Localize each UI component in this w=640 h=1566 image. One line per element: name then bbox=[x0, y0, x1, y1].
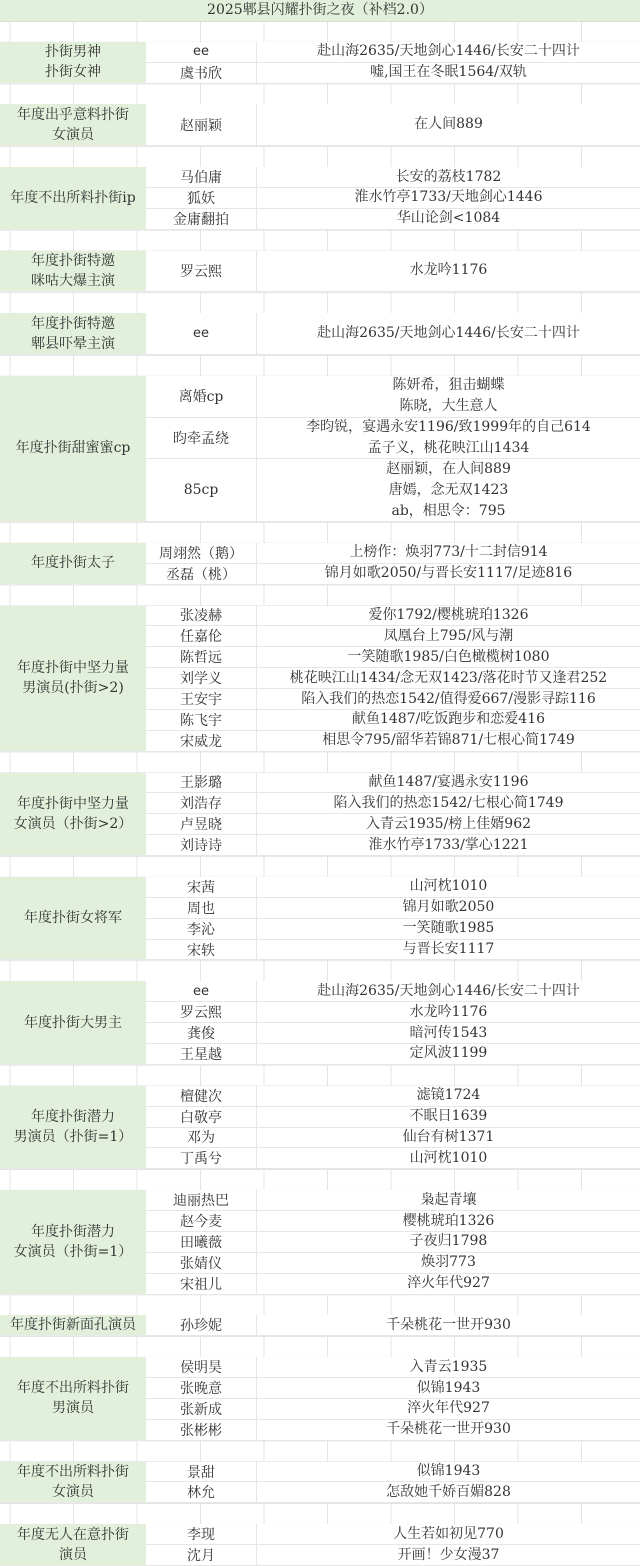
work-line: 相思令795/韶华若锦871/七根心简1749 bbox=[322, 730, 575, 751]
award-category-label: 年度扑街中坚力量 女演员（扑街>2） bbox=[14, 794, 133, 834]
nominee-name-cell[interactable]: 景甜 bbox=[146, 1462, 257, 1482]
award-section: 年度扑街潜力 女演员（扑街=1）迪丽热巴枭起青壤赵今麦樱桃琥珀1326田曦薇子夜… bbox=[0, 1190, 640, 1294]
award-section: 年度扑街新面孔演员孙珍妮千朵桃花一世开930 bbox=[0, 1315, 640, 1336]
nominee-name-cell[interactable]: 孙珍妮 bbox=[146, 1315, 257, 1335]
award-category-label: 年度出乎意料扑街 女演员 bbox=[17, 105, 129, 145]
table-row: 马伯庸长安的荔枝1782 bbox=[146, 167, 640, 188]
nominee-name-cell[interactable]: 刘诗诗 bbox=[146, 835, 257, 855]
works-cell[interactable]: 献鱼1487/吃饭跑步和恋爱416 bbox=[257, 710, 640, 730]
work-line: 开画！少女漫37 bbox=[398, 1545, 500, 1566]
nominee-name-cell[interactable]: 任嘉伦 bbox=[146, 626, 257, 646]
award-category-cell[interactable]: 年度扑街潜力 男演员（扑街=1） bbox=[0, 1086, 146, 1170]
work-line: 陈晓，大生意人 bbox=[400, 396, 498, 417]
works-cell[interactable]: 人生若如初见770 bbox=[257, 1524, 640, 1544]
works-cell[interactable]: 锦月如歌2050 bbox=[257, 898, 640, 918]
work-line: 赴山海2635/天地剑心1446/长安二十四计 bbox=[317, 41, 580, 62]
nominee-name-cell[interactable]: 刘浩存 bbox=[146, 793, 257, 813]
nominee-rows: 周翊然（鹅）上榜作：焕羽773/十二封信914丞磊（桃）锦月如歌2050/与晋长… bbox=[146, 543, 640, 585]
nominee-name-cell[interactable]: 宋威龙 bbox=[146, 731, 257, 751]
nominee-name-cell[interactable]: 刘学义 bbox=[146, 668, 257, 688]
works-cell[interactable]: 赴山海2635/天地剑心1446/长安二十四计 bbox=[257, 42, 640, 62]
work-line: 赴山海2635/天地剑心1446/长安二十四计 bbox=[317, 981, 580, 1002]
work-line: 孟子义，桃花映江山1434 bbox=[368, 438, 530, 459]
works-cell[interactable]: 淬火年代927 bbox=[257, 1274, 640, 1294]
work-line: 陷入我们的热恋1542/值得爱667/漫影寻踪116 bbox=[301, 689, 596, 710]
nominee-name-cell[interactable]: 赵今麦 bbox=[146, 1211, 257, 1231]
work-line: 爱你1792/樱桃琥珀1326 bbox=[369, 605, 529, 626]
works-cell[interactable]: 山河枕1010 bbox=[257, 877, 640, 897]
table-row: 刘浩存陷入我们的热恋1542/七根心简1749 bbox=[146, 793, 640, 814]
works-cell[interactable]: 桃花映江山1434/念无双1423/落花时节又逢君252 bbox=[257, 668, 640, 688]
table-row: 周翊然（鹅）上榜作：焕羽773/十二封信914 bbox=[146, 543, 640, 564]
nominee-rows: 离婚cp陈妍希，狙击蝴蝶陈晓，大生意人昀牵孟绕李昀锐，宴遇永安1196/致199… bbox=[146, 376, 640, 522]
award-category-label: 年度扑街潜力 女演员（扑街=1） bbox=[14, 1222, 133, 1262]
award-section: 年度不出所料扑街ip马伯庸长安的荔枝1782狐妖淮水竹亭1733/天地剑心144… bbox=[0, 167, 640, 230]
work-line: 淬火年代927 bbox=[407, 1273, 490, 1294]
award-category-label: 年度扑街潜力 男演员（扑街=1） bbox=[14, 1107, 133, 1147]
table-row: 宋威龙相思令795/韶华若锦871/七根心简1749 bbox=[146, 731, 640, 752]
award-category-cell[interactable]: 年度无人在意扑街 演员 bbox=[0, 1524, 146, 1566]
nominee-rows: 迪丽热巴枭起青壤赵今麦樱桃琥珀1326田曦薇子夜归1798张婧仪焕羽773宋祖儿… bbox=[146, 1190, 640, 1294]
work-line: 淮水竹亭1733/掌心1221 bbox=[369, 835, 529, 856]
table-row: 85cp赵丽颖，在人间889唐嫣，念无双1423ab，相思令：795 bbox=[146, 459, 640, 522]
award-category-cell[interactable]: 年度扑街特邀 咪咕大爆主演 bbox=[0, 251, 146, 293]
award-category-cell[interactable]: 年度不出所料扑街 男演员 bbox=[0, 1357, 146, 1441]
work-line: 入青云1935 bbox=[410, 1357, 488, 1378]
work-line: 似锦1943 bbox=[417, 1378, 481, 1399]
work-line: 樱桃琥珀1326 bbox=[403, 1211, 495, 1232]
award-category-label: 年度无人在意扑街 演员 bbox=[17, 1525, 129, 1565]
table-row: ee赴山海2635/天地剑心1446/长安二十四计 bbox=[146, 42, 640, 63]
table-row: 景甜似锦1943 bbox=[146, 1462, 640, 1483]
nominee-rows: ee赴山海2635/天地剑心1446/长安二十四计虞书欣嘘,国王在冬眠1564/… bbox=[146, 42, 640, 84]
works-cell[interactable]: 李昀锐，宴遇永安1196/致1999年的自己614孟子义，桃花映江山1434 bbox=[257, 418, 640, 459]
table-row: 白敬亭不眠日1639 bbox=[146, 1107, 640, 1128]
work-line: 山河枕1010 bbox=[410, 876, 488, 897]
award-category-label: 年度不出所料扑街ip bbox=[10, 188, 135, 208]
award-section: 年度扑街女将军宋茜山河枕1010周也锦月如歌2050李沁一笑随歌1985宋轶与晋… bbox=[0, 877, 640, 961]
works-cell[interactable]: 千朵桃花一世开930 bbox=[257, 1315, 640, 1335]
works-cell[interactable]: 一笑随歌1985/白色橄榄树1080 bbox=[257, 647, 640, 667]
work-line: 桃花映江山1434/念无双1423/落花时节又逢君252 bbox=[290, 668, 607, 689]
nominee-name-cell[interactable]: ee bbox=[146, 981, 257, 1001]
work-line: 淮水竹亭1733/天地剑心1446 bbox=[355, 187, 543, 208]
work-line: 焕羽773 bbox=[421, 1252, 476, 1273]
works-cell[interactable]: 怎敌她千娇百媚828 bbox=[257, 1482, 640, 1502]
work-line: 似锦1943 bbox=[417, 1461, 481, 1482]
nominee-rows: ee赴山海2635/天地剑心1446/长安二十四计 bbox=[146, 313, 640, 355]
table-row: 罗云熙水龙吟1176 bbox=[146, 251, 640, 293]
nominee-name-cell[interactable]: 陈飞宇 bbox=[146, 710, 257, 730]
work-line: 与晋长安1117 bbox=[403, 939, 495, 960]
nominee-name-cell[interactable]: 周也 bbox=[146, 898, 257, 918]
work-line: 陷入我们的热恋1542/七根心简1749 bbox=[334, 793, 564, 814]
table-row: 林允怎敌她千娇百媚828 bbox=[146, 1482, 640, 1503]
table-row: 卢昱晓入青云1935/榜上佳婿962 bbox=[146, 814, 640, 835]
works-cell[interactable]: 樱桃琥珀1326 bbox=[257, 1211, 640, 1231]
work-line: 山河枕1010 bbox=[410, 1148, 488, 1169]
table-row: 王安宇陷入我们的热恋1542/值得爱667/漫影寻踪116 bbox=[146, 689, 640, 710]
nominee-name-cell[interactable]: 张彬彬 bbox=[146, 1420, 257, 1440]
nominee-rows: ee赴山海2635/天地剑心1446/长安二十四计罗云熙水龙吟1176龚俊暗河传… bbox=[146, 981, 640, 1065]
work-line: 凤凰台上795/风与潮 bbox=[384, 626, 513, 647]
nominee-name-cell[interactable]: 迪丽热巴 bbox=[146, 1190, 257, 1210]
works-cell[interactable]: 开画！少女漫37 bbox=[257, 1545, 640, 1565]
nominee-name-cell[interactable]: 侯明昊 bbox=[146, 1357, 257, 1377]
table-row: 田曦薇子夜归1798 bbox=[146, 1232, 640, 1253]
work-line: 赴山海2635/天地剑心1446/长安二十四计 bbox=[317, 323, 580, 344]
award-category-cell[interactable]: 年度扑街新面孔演员 bbox=[0, 1315, 146, 1336]
work-line: 千朵桃花一世开930 bbox=[386, 1419, 511, 1440]
table-row: 王星越定风波1199 bbox=[146, 1044, 640, 1065]
award-category-label: 年度扑街特邀 咪咕大爆主演 bbox=[31, 251, 115, 291]
nominee-name-cell[interactable]: 宋轶 bbox=[146, 940, 257, 960]
works-cell[interactable]: 入青云1935 bbox=[257, 1357, 640, 1377]
work-line: 千朵桃花一世开930 bbox=[386, 1315, 511, 1336]
nominee-rows: 罗云熙水龙吟1176 bbox=[146, 251, 640, 293]
nominee-name-cell[interactable]: 丁禹兮 bbox=[146, 1148, 257, 1168]
award-category-cell[interactable]: 年度扑街潜力 女演员（扑街=1） bbox=[0, 1190, 146, 1294]
work-line: 献鱼1487/宴遇永安1196 bbox=[369, 772, 529, 793]
award-section: 年度无人在意扑街 演员李现人生若如初见770沈月开画！少女漫37 bbox=[0, 1524, 640, 1566]
work-line: 上榜作：焕羽773/十二封信914 bbox=[349, 542, 547, 563]
award-section: 年度扑街甜蜜蜜cp离婚cp陈妍希，狙击蝴蝶陈晓，大生意人昀牵孟绕李昀锐，宴遇永安… bbox=[0, 376, 640, 522]
award-section: 年度扑街特邀 郫县吓晕主演ee赴山海2635/天地剑心1446/长安二十四计 bbox=[0, 313, 640, 355]
award-section: 年度不出所料扑街 女演员景甜似锦1943林允怎敌她千娇百媚828 bbox=[0, 1462, 640, 1504]
works-cell[interactable]: 与晋长安1117 bbox=[257, 940, 640, 960]
work-line: 仙台有树1371 bbox=[403, 1127, 495, 1148]
award-section: 扑街男神 扑街女神ee赴山海2635/天地剑心1446/长安二十四计虞书欣嘘,国… bbox=[0, 42, 640, 84]
nominee-name-cell[interactable]: 王影璐 bbox=[146, 773, 257, 793]
work-line: 华山论剑<1084 bbox=[397, 208, 500, 229]
works-cell[interactable]: 陷入我们的热恋1542/七根心简1749 bbox=[257, 793, 640, 813]
table-row: 宋祖儿淬火年代927 bbox=[146, 1274, 640, 1295]
award-category-cell[interactable]: 年度扑街大男主 bbox=[0, 981, 146, 1065]
award-category-cell[interactable]: 年度扑街中坚力量 男演员(扑街>2) bbox=[0, 606, 146, 752]
nominee-name-cell[interactable]: 马伯庸 bbox=[146, 167, 257, 187]
award-category-label: 年度扑街甜蜜蜜cp bbox=[16, 438, 131, 458]
table-row: 赵丽颖在人间889 bbox=[146, 104, 640, 146]
award-section: 年度扑街中坚力量 男演员(扑街>2)张凌赫爱你1792/樱桃琥珀1326任嘉伦凤… bbox=[0, 606, 640, 752]
nominee-name-cell[interactable]: 宋祖儿 bbox=[146, 1274, 257, 1294]
works-cell[interactable]: 淮水竹亭1733/天地剑心1446 bbox=[257, 188, 640, 208]
award-section: 年度出乎意料扑街 女演员赵丽颖在人间889 bbox=[0, 104, 640, 146]
sheet-title: 2025郫县闪耀扑街之夜（补档2.0） bbox=[0, 0, 640, 22]
works-cell[interactable]: 仙台有树1371 bbox=[257, 1128, 640, 1148]
table-row: ee赴山海2635/天地剑心1446/长安二十四计 bbox=[146, 313, 640, 355]
nominee-rows: 赵丽颖在人间889 bbox=[146, 104, 640, 146]
work-line: 枭起青壤 bbox=[421, 1190, 477, 1211]
works-cell[interactable]: 暗河传1543 bbox=[257, 1023, 640, 1043]
works-cell[interactable]: 长安的荔枝1782 bbox=[257, 167, 640, 187]
table-row: 赵今麦樱桃琥珀1326 bbox=[146, 1211, 640, 1232]
work-line: 水龙吟1176 bbox=[410, 1002, 488, 1023]
nominee-name-cell[interactable]: 沈月 bbox=[146, 1545, 257, 1565]
table-row: 虞书欣嘘,国王在冬眠1564/双轨 bbox=[146, 63, 640, 84]
works-cell[interactable]: 上榜作：焕羽773/十二封信914 bbox=[257, 543, 640, 563]
award-category-cell[interactable]: 扑街男神 扑街女神 bbox=[0, 42, 146, 84]
table-row: 张新成淬火年代927 bbox=[146, 1399, 640, 1420]
works-cell[interactable]: 陷入我们的热恋1542/值得爱667/漫影寻踪116 bbox=[257, 689, 640, 709]
works-cell[interactable]: 嘘,国王在冬眠1564/双轨 bbox=[257, 63, 640, 83]
works-cell[interactable]: 似锦1943 bbox=[257, 1462, 640, 1482]
award-category-label: 年度扑街女将军 bbox=[24, 908, 122, 928]
nominee-name-cell[interactable]: 张新成 bbox=[146, 1399, 257, 1419]
table-row: 金庸翻拍华山论剑<1084 bbox=[146, 209, 640, 230]
nominee-name-cell[interactable]: 田曦薇 bbox=[146, 1232, 257, 1252]
table-row: 刘学义桃花映江山1434/念无双1423/落花时节又逢君252 bbox=[146, 668, 640, 689]
award-category-label: 扑街男神 扑街女神 bbox=[45, 42, 101, 82]
nominee-name-cell[interactable]: 虞书欣 bbox=[146, 63, 257, 83]
work-line: 一笑随歌1985/白色橄榄树1080 bbox=[348, 647, 550, 668]
spreadsheet: 2025郫县闪耀扑街之夜（补档2.0） 扑街男神 扑街女神ee赴山海2635/天… bbox=[0, 0, 640, 1566]
award-category-label: 年度扑街大男主 bbox=[24, 1013, 122, 1033]
award-category-cell[interactable]: 年度扑街女将军 bbox=[0, 877, 146, 961]
work-line: 不眠日1639 bbox=[410, 1106, 488, 1127]
nominee-name-cell[interactable]: 宋茜 bbox=[146, 877, 257, 897]
works-cell[interactable]: 凤凰台上795/风与潮 bbox=[257, 626, 640, 646]
works-cell[interactable]: 入青云1935/榜上佳婿962 bbox=[257, 814, 640, 834]
award-category-cell[interactable]: 年度扑街中坚力量 女演员（扑街>2） bbox=[0, 773, 146, 857]
works-cell[interactable]: 似锦1943 bbox=[257, 1378, 640, 1398]
work-line: 赵丽颖，在人间889 bbox=[386, 459, 511, 480]
nominee-rows: 孙珍妮千朵桃花一世开930 bbox=[146, 1315, 640, 1336]
table-row: 刘诗诗淮水竹亭1733/掌心1221 bbox=[146, 835, 640, 856]
award-category-label: 年度扑街中坚力量 男演员(扑街>2) bbox=[17, 658, 129, 698]
award-category-label: 年度不出所料扑街 女演员 bbox=[17, 1462, 129, 1502]
work-line: 滤镜1724 bbox=[417, 1085, 481, 1106]
works-cell[interactable]: 定风波1199 bbox=[257, 1044, 640, 1064]
award-section: 年度扑街特邀 咪咕大爆主演罗云熙水龙吟1176 bbox=[0, 251, 640, 293]
work-line: 锦月如歌2050 bbox=[403, 897, 495, 918]
work-line: 在人间889 bbox=[414, 114, 483, 135]
work-line: 唐嫣，念无双1423 bbox=[389, 480, 509, 501]
nominee-name-cell[interactable]: 王安宇 bbox=[146, 689, 257, 709]
table-row: 张凌赫爱你1792/樱桃琥珀1326 bbox=[146, 606, 640, 627]
award-category-cell[interactable]: 年度扑街甜蜜蜜cp bbox=[0, 376, 146, 522]
work-line: 长安的荔枝1782 bbox=[396, 167, 502, 188]
table-row: 周也锦月如歌2050 bbox=[146, 898, 640, 919]
work-line: 怎敌她千娇百媚828 bbox=[386, 1482, 511, 1503]
award-section: 年度扑街中坚力量 女演员（扑街>2）王影璐献鱼1487/宴遇永安1196刘浩存陷… bbox=[0, 773, 640, 857]
nominee-name-cell[interactable]: 李现 bbox=[146, 1524, 257, 1544]
works-cell[interactable]: 赵丽颖，在人间889唐嫣，念无双1423ab，相思令：795 bbox=[257, 459, 640, 521]
works-cell[interactable]: 焕羽773 bbox=[257, 1253, 640, 1273]
table-row: 张婧仪焕羽773 bbox=[146, 1253, 640, 1274]
table-row: 李沁一笑随歌1985 bbox=[146, 919, 640, 940]
work-line: 献鱼1487/吃饭跑步和恋爱416 bbox=[352, 709, 545, 730]
award-section: 年度扑街大男主ee赴山海2635/天地剑心1446/长安二十四计罗云熙水龙吟11… bbox=[0, 981, 640, 1065]
works-cell[interactable]: 赴山海2635/天地剑心1446/长安二十四计 bbox=[257, 313, 640, 354]
award-category-cell[interactable]: 年度出乎意料扑街 女演员 bbox=[0, 104, 146, 146]
award-category-label: 年度扑街太子 bbox=[31, 553, 115, 573]
table-row: 任嘉伦凤凰台上795/风与潮 bbox=[146, 626, 640, 647]
table-row: 宋轶与晋长安1117 bbox=[146, 940, 640, 961]
work-line: 淬火年代927 bbox=[407, 1398, 490, 1419]
table-row: 孙珍妮千朵桃花一世开930 bbox=[146, 1315, 640, 1336]
table-row: 张彬彬千朵桃花一世开930 bbox=[146, 1420, 640, 1441]
nominee-name-cell[interactable]: 丞磊（桃） bbox=[146, 564, 257, 584]
table-row: 昀牵孟绕李昀锐，宴遇永安1196/致1999年的自己614孟子义，桃花映江山14… bbox=[146, 418, 640, 460]
nominee-name-cell[interactable]: 张凌赫 bbox=[146, 606, 257, 626]
table-row: 龚俊暗河传1543 bbox=[146, 1023, 640, 1044]
table-row: 丁禹兮山河枕1010 bbox=[146, 1148, 640, 1169]
work-line: 李昀锐，宴遇永安1196/致1999年的自己614 bbox=[306, 417, 591, 438]
table-row: 迪丽热巴枭起青壤 bbox=[146, 1190, 640, 1211]
table-row: 张晚意似锦1943 bbox=[146, 1378, 640, 1399]
works-cell[interactable]: 淬火年代927 bbox=[257, 1399, 640, 1419]
nominee-name-cell[interactable]: 林允 bbox=[146, 1482, 257, 1502]
nominee-name-cell[interactable]: 邓为 bbox=[146, 1128, 257, 1148]
nominee-name-cell[interactable]: 周翊然（鹅） bbox=[146, 543, 257, 563]
nominee-name-cell[interactable]: 王星越 bbox=[146, 1044, 257, 1064]
works-cell[interactable]: 相思令795/韶华若锦871/七根心简1749 bbox=[257, 731, 640, 751]
works-cell[interactable]: 滤镜1724 bbox=[257, 1086, 640, 1106]
nominee-name-cell[interactable]: 85cp bbox=[146, 459, 257, 521]
nominee-name-cell[interactable]: 卢昱晓 bbox=[146, 814, 257, 834]
nominee-rows: 张凌赫爱你1792/樱桃琥珀1326任嘉伦凤凰台上795/风与潮陈哲远一笑随歌1… bbox=[146, 606, 640, 752]
table-row: 离婚cp陈妍希，狙击蝴蝶陈晓，大生意人 bbox=[146, 376, 640, 418]
work-line: 水龙吟1176 bbox=[410, 260, 488, 281]
nominee-name-cell[interactable]: 李沁 bbox=[146, 919, 257, 939]
nominee-name-cell[interactable]: 龚俊 bbox=[146, 1023, 257, 1043]
table-row: 沈月开画！少女漫37 bbox=[146, 1545, 640, 1566]
table-row: 侯明昊入青云1935 bbox=[146, 1357, 640, 1378]
table-row: 罗云熙水龙吟1176 bbox=[146, 1002, 640, 1023]
award-category-label: 年度不出所料扑街 男演员 bbox=[17, 1378, 129, 1418]
works-cell[interactable]: 爱你1792/樱桃琥珀1326 bbox=[257, 606, 640, 626]
award-category-cell[interactable]: 年度不出所料扑街 女演员 bbox=[0, 1462, 146, 1504]
works-cell[interactable]: 华山论剑<1084 bbox=[257, 209, 640, 229]
work-line: ab，相思令：795 bbox=[391, 501, 505, 522]
work-line: 定风波1199 bbox=[410, 1043, 488, 1064]
nominee-name-cell[interactable]: ee bbox=[146, 42, 257, 62]
table-row: 丞磊（桃）锦月如歌2050/与晋长安1117/足迹816 bbox=[146, 564, 640, 585]
nominee-rows: 景甜似锦1943林允怎敌她千娇百媚828 bbox=[146, 1462, 640, 1504]
table-row: 李现人生若如初见770 bbox=[146, 1524, 640, 1545]
table-row: 邓为仙台有树1371 bbox=[146, 1128, 640, 1149]
works-cell[interactable]: 千朵桃花一世开930 bbox=[257, 1420, 640, 1440]
nominee-name-cell[interactable]: 离婚cp bbox=[146, 376, 257, 417]
works-cell[interactable]: 在人间889 bbox=[257, 104, 640, 145]
nominee-rows: 侯明昊入青云1935张晚意似锦1943张新成淬火年代927张彬彬千朵桃花一世开9… bbox=[146, 1357, 640, 1441]
nominee-name-cell[interactable]: 昀牵孟绕 bbox=[146, 418, 257, 459]
nominee-name-cell[interactable]: 罗云熙 bbox=[146, 251, 257, 292]
award-category-label: 年度扑街特邀 郫县吓晕主演 bbox=[31, 314, 115, 354]
work-line: 暗河传1543 bbox=[410, 1023, 488, 1044]
nominee-name-cell[interactable]: 张晚意 bbox=[146, 1378, 257, 1398]
nominee-rows: 马伯庸长安的荔枝1782狐妖淮水竹亭1733/天地剑心1446金庸翻拍华山论剑<… bbox=[146, 167, 640, 230]
nominee-name-cell[interactable]: 檀健次 bbox=[146, 1086, 257, 1106]
table-row: 宋茜山河枕1010 bbox=[146, 877, 640, 898]
nominee-rows: 王影璐献鱼1487/宴遇永安1196刘浩存陷入我们的热恋1542/七根心简174… bbox=[146, 773, 640, 857]
nominee-name-cell[interactable]: 罗云熙 bbox=[146, 1002, 257, 1022]
work-line: 子夜归1798 bbox=[410, 1231, 488, 1252]
nominee-rows: 李现人生若如初见770沈月开画！少女漫37 bbox=[146, 1524, 640, 1566]
table-row: 狐妖淮水竹亭1733/天地剑心1446 bbox=[146, 188, 640, 209]
table-row: 陈飞宇献鱼1487/吃饭跑步和恋爱416 bbox=[146, 710, 640, 731]
works-cell[interactable]: 枭起青壤 bbox=[257, 1190, 640, 1210]
table-row: 檀健次滤镜1724 bbox=[146, 1086, 640, 1107]
work-line: 锦月如歌2050/与晋长安1117/足迹816 bbox=[325, 563, 572, 584]
nominee-name-cell[interactable]: 白敬亭 bbox=[146, 1107, 257, 1127]
work-line: 陈妍希，狙击蝴蝶 bbox=[393, 375, 505, 396]
works-cell[interactable]: 山河枕1010 bbox=[257, 1148, 640, 1168]
works-cell[interactable]: 献鱼1487/宴遇永安1196 bbox=[257, 773, 640, 793]
works-cell[interactable]: 淮水竹亭1733/掌心1221 bbox=[257, 835, 640, 855]
works-cell[interactable]: 赴山海2635/天地剑心1446/长安二十四计 bbox=[257, 981, 640, 1001]
nominee-name-cell[interactable]: 狐妖 bbox=[146, 188, 257, 208]
work-line: 人生若如初见770 bbox=[393, 1524, 504, 1545]
works-cell[interactable]: 陈妍希，狙击蝴蝶陈晓，大生意人 bbox=[257, 376, 640, 417]
award-section: 年度不出所料扑街 男演员侯明昊入青云1935张晚意似锦1943张新成淬火年代92… bbox=[0, 1357, 640, 1441]
work-line: 一笑随歌1985 bbox=[403, 918, 495, 939]
award-category-cell[interactable]: 年度扑街特邀 郫县吓晕主演 bbox=[0, 313, 146, 355]
nominee-name-cell[interactable]: 金庸翻拍 bbox=[146, 209, 257, 229]
nominee-rows: 檀健次滤镜1724白敬亭不眠日1639邓为仙台有树1371丁禹兮山河枕1010 bbox=[146, 1086, 640, 1170]
nominee-rows: 宋茜山河枕1010周也锦月如歌2050李沁一笑随歌1985宋轶与晋长安1117 bbox=[146, 877, 640, 961]
nominee-name-cell[interactable]: 陈哲远 bbox=[146, 647, 257, 667]
award-section: 年度扑街太子周翊然（鹅）上榜作：焕羽773/十二封信914丞磊（桃）锦月如歌20… bbox=[0, 543, 640, 585]
table-row: ee赴山海2635/天地剑心1446/长安二十四计 bbox=[146, 981, 640, 1002]
nominee-name-cell[interactable]: 赵丽颖 bbox=[146, 104, 257, 145]
works-cell[interactable]: 水龙吟1176 bbox=[257, 251, 640, 292]
works-cell[interactable]: 水龙吟1176 bbox=[257, 1002, 640, 1022]
table-row: 王影璐献鱼1487/宴遇永安1196 bbox=[146, 773, 640, 794]
award-category-cell[interactable]: 年度不出所料扑街ip bbox=[0, 167, 146, 230]
works-cell[interactable]: 锦月如歌2050/与晋长安1117/足迹816 bbox=[257, 564, 640, 584]
work-line: 嘘,国王在冬眠1564/双轨 bbox=[370, 62, 527, 83]
works-cell[interactable]: 不眠日1639 bbox=[257, 1107, 640, 1127]
nominee-name-cell[interactable]: 张婧仪 bbox=[146, 1253, 257, 1273]
nominee-name-cell[interactable]: ee bbox=[146, 313, 257, 354]
award-section: 年度扑街潜力 男演员（扑街=1）檀健次滤镜1724白敬亭不眠日1639邓为仙台有… bbox=[0, 1086, 640, 1170]
work-line: 入青云1935/榜上佳婿962 bbox=[366, 814, 531, 835]
award-category-cell[interactable]: 年度扑街太子 bbox=[0, 543, 146, 585]
table-row: 陈哲远一笑随歌1985/白色橄榄树1080 bbox=[146, 647, 640, 668]
award-category-label: 年度扑街新面孔演员 bbox=[10, 1315, 136, 1335]
works-cell[interactable]: 一笑随歌1985 bbox=[257, 919, 640, 939]
works-cell[interactable]: 子夜归1798 bbox=[257, 1232, 640, 1252]
